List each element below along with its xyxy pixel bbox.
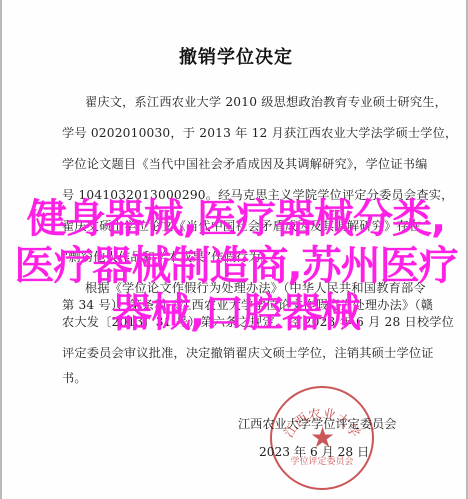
signature-organization: 江西农业大学学位评定委员会 [238,415,396,432]
overlay-line-1: 健身器械,医疗器械分类, [2,196,468,243]
body-line-2: 学号 0202010030，于 2013 年 12 月获江西农业大学法学硕士学位… [62,124,422,141]
overlay-line-2: 医疗器械制造商,苏州医疗 [2,243,468,290]
body-line-3: 学位论文题目《当代中国社会矛盾成因及其调解研究》，学位证书编 [62,155,422,172]
official-seal: 江西农业大学 ★ 学位评定委员会 [270,386,374,490]
body-line-1: 翟庆文，系江西农业大学 2010 级思想政治教育专业硕士研究生， [85,93,445,110]
signature-date: 2023 年 6 月 28 日 [259,443,369,460]
spam-overlay-text: 健身器械,医疗器械分类, 医疗器械制造商,苏州医疗 器械,口腔器械 [2,196,468,337]
overlay-line-3: 器械,口腔器械 [2,290,468,337]
body-line-10: 评定委员会审议批准，决定撤销翟庆文硕士学位，注销其硕士学位证 [62,344,422,361]
document-page: 撤销学位决定 翟庆文，系江西农业大学 2010 级思想政治教育专业硕士研究生， … [0,0,468,499]
body-line-11: 书。 [62,369,422,386]
document-title: 撤销学位决定 [2,43,468,69]
